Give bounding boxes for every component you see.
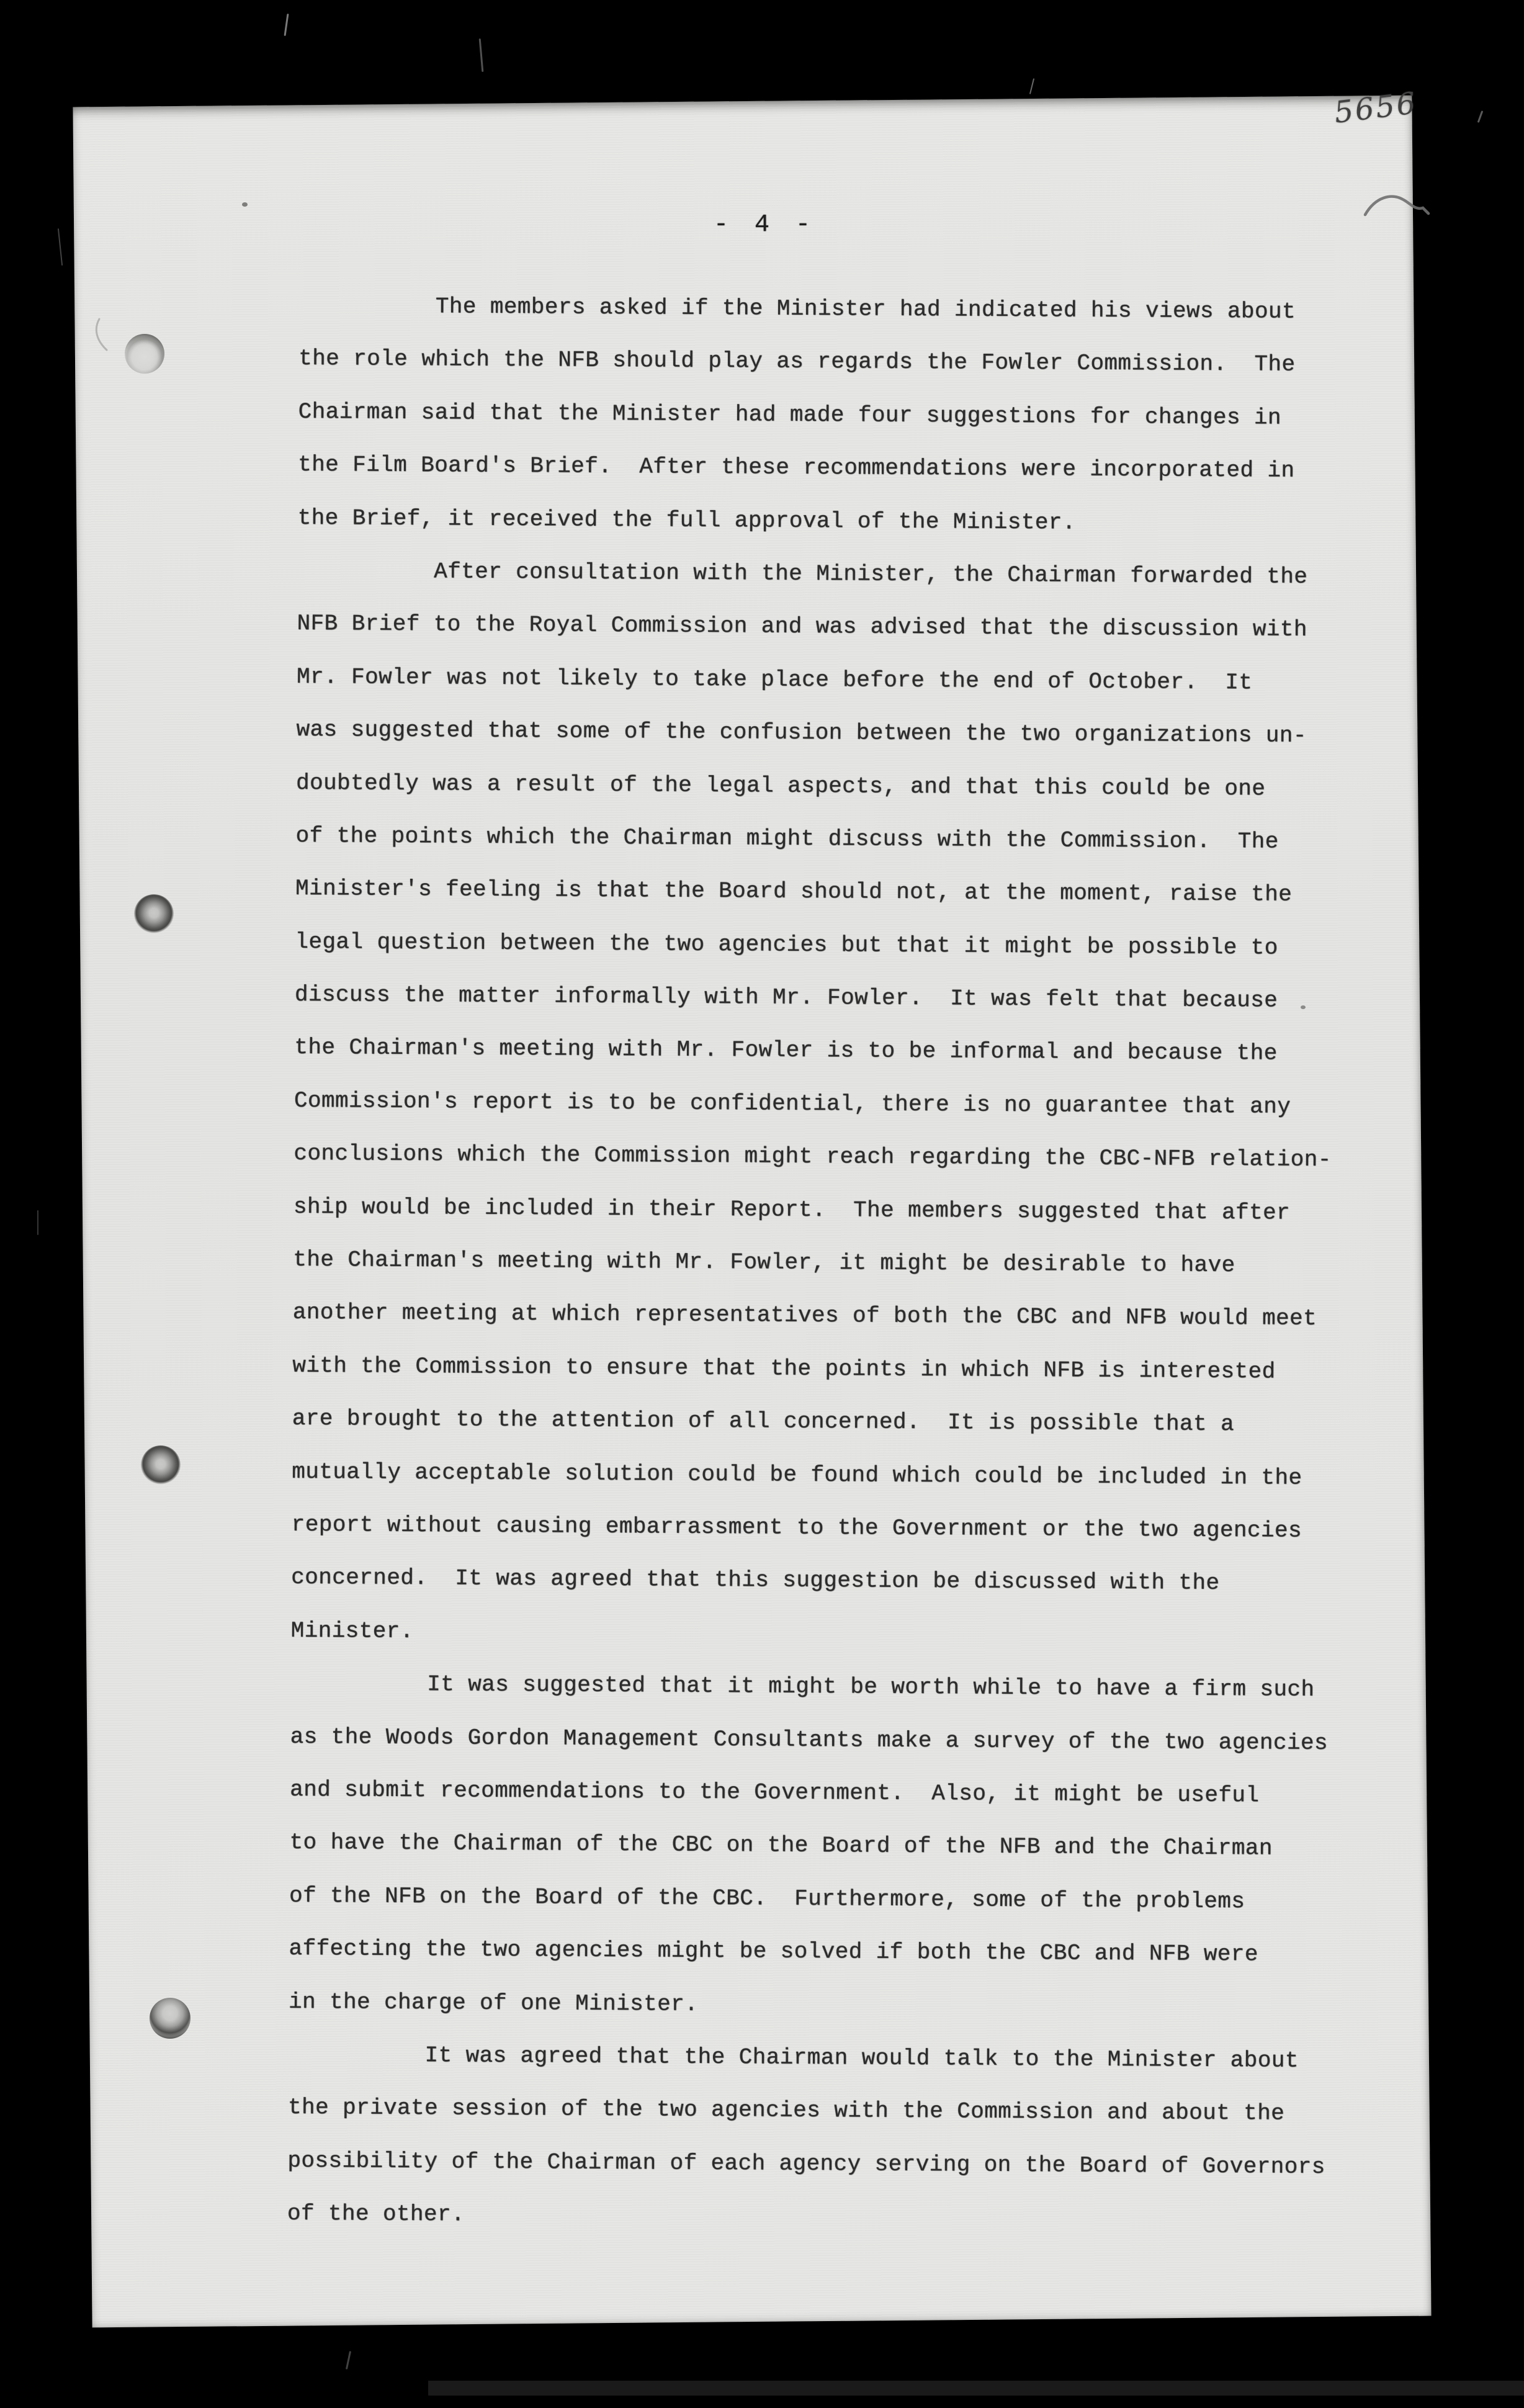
typed-line: to have the Chairman of the CBC on the B… [289,1816,1356,1876]
typed-line: Minister. [290,1604,1358,1664]
typed-line: mutually acceptable solution could be fo… [292,1445,1359,1505]
scratch-mark [346,2351,351,2370]
typed-line: conclusions which the Commission might r… [294,1127,1361,1187]
scratch-mark [1029,78,1034,94]
typed-line: of the NFB on the Board of the CBC. Furt… [289,1869,1356,1929]
typed-line: as the Woods Gordon Management Consultan… [290,1710,1357,1770]
typed-line: discuss the matter informally with Mr. F… [295,968,1362,1028]
ink-speck [242,202,248,207]
typed-line: the private session of the two agencies … [288,2081,1355,2141]
typed-text-block: The members asked if the Minister had in… [287,279,1366,2247]
typed-line: legal question between the two agencies … [295,915,1362,975]
typed-line: of the other. [287,2187,1355,2247]
pen-stroke-mark [1363,191,1432,221]
typed-line: of the points which the Chairman might d… [295,809,1363,869]
scratch-mark [37,1210,38,1235]
typed-line: Mr. Fowler was not likely to take place … [297,650,1364,710]
scratch-mark [1477,110,1484,123]
scanned-document-canvas: 5656 - 4 - The members asked if the Mini… [0,0,1524,2408]
typed-line: Commission's report is to be confidentia… [294,1074,1361,1134]
typed-line: affecting the two agencies might be solv… [289,1922,1356,1982]
punch-hole-mark [150,1998,191,2039]
typed-line: concerned. It was agreed that this sugge… [291,1551,1358,1611]
punch-hole-mark [141,1445,181,1485]
typed-line: in the charge of one Minister. [289,1975,1356,2034]
typed-line: the role which the NFB should play as re… [298,332,1366,392]
typed-line: The members asked if the Minister had in… [298,279,1366,339]
typed-line: the Brief, it received the full approval… [297,492,1365,551]
typed-line: After consultation with the Minister, th… [297,544,1365,604]
typed-line: Minister's feeling is that the Board sho… [295,862,1363,922]
scratch-mark [479,38,484,72]
typed-line: was suggested that some of the confusion… [296,703,1363,763]
typed-line: another meeting at which representatives… [293,1286,1360,1346]
scan-edge-artifact [428,2381,1524,2396]
typed-line: doubtedly was a result of the legal aspe… [296,757,1363,816]
scratch-mark [58,228,63,266]
typed-line: the Film Board's Brief. After these reco… [298,438,1365,498]
scratch-mark [284,14,289,36]
typed-line: the Chairman's meeting with Mr. Fowler i… [294,1021,1361,1080]
typed-line: and submit recommendations to the Govern… [290,1763,1357,1823]
typed-line: report without causing embarrassment to … [291,1498,1358,1558]
typed-line: possibility of the Chairman of each agen… [287,2134,1355,2194]
typed-line: It was agreed that the Chairman would ta… [288,2028,1355,2088]
typed-line: It was suggested that it might be worth … [290,1657,1358,1717]
typed-line: the Chairman's meeting with Mr. Fowler, … [293,1233,1360,1293]
punch-hole-mark [125,334,164,374]
typed-line: ship would be included in their Report. … [294,1180,1361,1240]
typed-line: are brought to the attention of all conc… [292,1392,1360,1452]
punch-hole-mark [134,894,174,934]
typed-line: NFB Brief to the Royal Commission and wa… [297,597,1364,657]
hairline-scratch-mark [92,318,119,353]
typed-line: Chairman said that the Minister had made… [298,385,1365,445]
page-number: - 4 - [714,211,816,239]
typed-line: with the Commission to ensure that the p… [292,1339,1360,1399]
